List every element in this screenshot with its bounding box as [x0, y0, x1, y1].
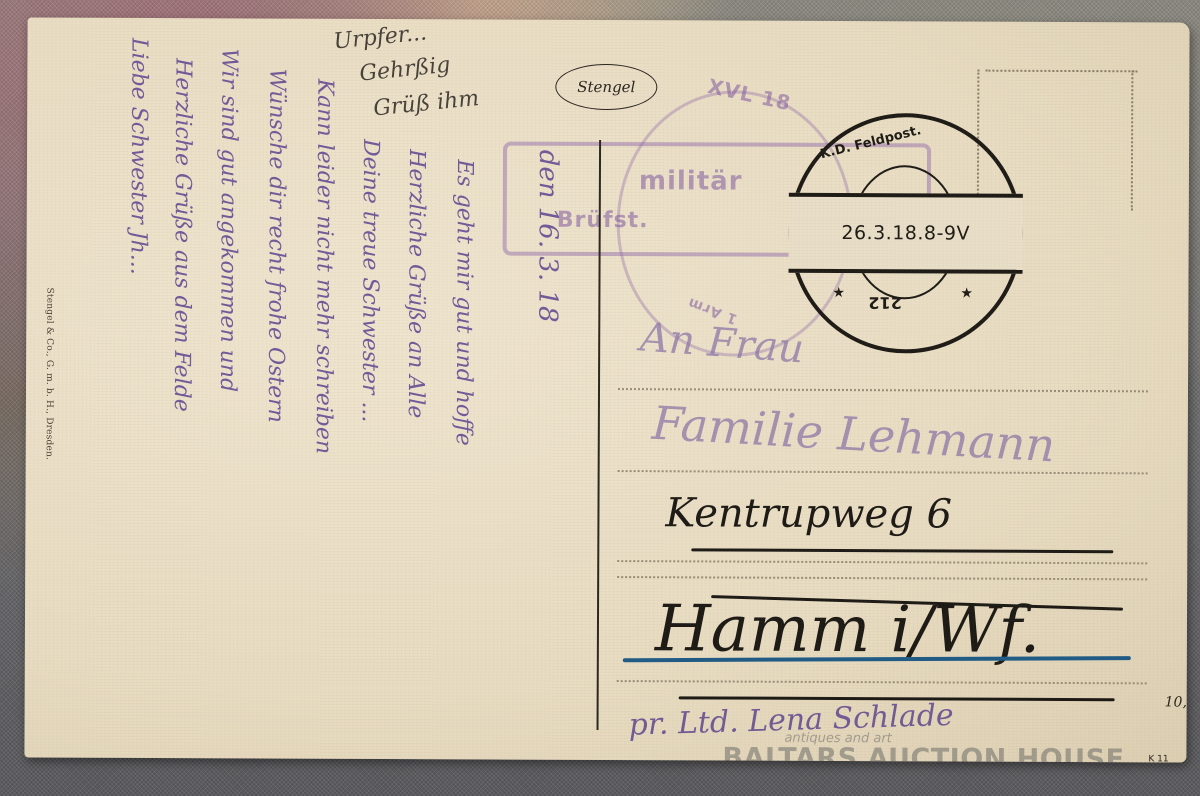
message-column-2: Herzliche Grüße aus dem Felde [169, 58, 196, 412]
censor-box-text-middle: Brüfst. [557, 208, 649, 233]
watermark-title: BALTARS AUCTION HOUSE [722, 743, 1124, 763]
address-line-4 [617, 576, 1147, 580]
postmark-date: 26.3.18.8-9V [841, 222, 970, 245]
postcard: Stengel & Co., G. m. b. H., Dresden. Ste… [24, 17, 1189, 762]
message-column-5: Kann leider nicht mehr schreiben [311, 79, 338, 454]
postmark-date-band: 26.3.18.8-9V [789, 193, 1023, 274]
postmark-bottom-text: 212 [868, 293, 901, 312]
address-line-1 [618, 388, 1148, 392]
message-column-6: Deine treue Schwester ... [357, 139, 383, 423]
publisher-logo: Stengel [555, 64, 657, 110]
top-note-line-2: Gehrßig [358, 53, 451, 87]
address-line-recipient: Familie Lehmann [651, 396, 1057, 473]
star-icon: ★ [960, 286, 973, 302]
message-column-4: Wünsche dir recht frohe Ostern [263, 69, 290, 423]
postmark-top-text: K.D. Feldpost. [819, 123, 923, 162]
message-column-7: Herzliche Grüße an Alle [403, 149, 429, 418]
message-date: den 16. 3. 18 [532, 150, 563, 323]
star-icon: ★ [832, 285, 845, 301]
address-street: Kentrupweg 6 [665, 490, 952, 537]
publisher-imprint: Stengel & Co., G. m. b. H., Dresden. [44, 288, 55, 461]
stamp-box-right-edge [1131, 70, 1134, 210]
feldpost-postmark: K.D. Feldpost. 26.3.18.8-9V ★ ★ 212 [788, 113, 1023, 354]
publisher-logo-text: Stengel [577, 78, 635, 96]
top-note-line-3: Grüß ihm [372, 86, 480, 121]
stamp-placement-box [985, 70, 1137, 73]
message-column-1: Liebe Schwester Jh... [125, 38, 151, 275]
price-note: 10,- [1165, 694, 1190, 710]
address-line-2 [618, 470, 1148, 474]
address-line-3 [617, 560, 1147, 564]
message-column-8: Es geht mir gut und hoffe [451, 159, 477, 445]
series-mark: K 11 [1148, 754, 1168, 762]
message-column-3: Wir sind gut angekommen und [215, 48, 241, 392]
address-line-5 [617, 680, 1147, 684]
top-note-line-1: Urpfer... [333, 20, 428, 54]
street-underline [691, 548, 1113, 553]
censor-box-text-top: militär [639, 166, 743, 196]
